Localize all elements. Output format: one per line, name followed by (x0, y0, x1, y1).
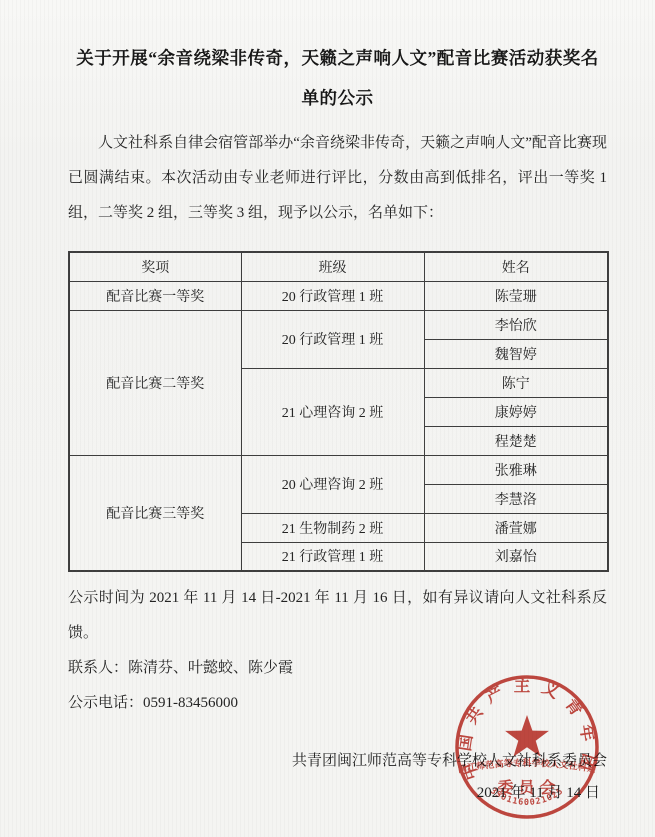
name-cell: 程楚楚 (424, 426, 608, 455)
table-header-row: 奖项班级姓名 (69, 252, 608, 281)
class-cell: 20 行政管理 1 班 (241, 281, 424, 310)
name-cell: 陈莹珊 (424, 281, 608, 310)
name-cell: 潘萱娜 (424, 513, 608, 542)
name-cell: 张雅琳 (424, 455, 608, 484)
class-cell: 20 行政管理 1 班 (241, 310, 424, 368)
class-cell: 21 心理咨询 2 班 (241, 368, 424, 455)
table-row: 配音比赛一等奖20 行政管理 1 班陈莹珊 (69, 281, 608, 310)
name-cell: 魏智婷 (424, 339, 608, 368)
page-title: 关于开展“余音绕梁非传奇，天籁之声响人文”配音比赛活动获奖名单的公示 (68, 38, 607, 118)
table-row: 配音比赛二等奖20 行政管理 1 班李怡欣 (69, 310, 608, 339)
name-cell: 李慧洛 (424, 484, 608, 513)
column-header: 奖项 (69, 252, 241, 281)
column-header: 班级 (241, 252, 424, 281)
award-cell: 配音比赛三等奖 (69, 455, 241, 571)
awards-table: 奖项班级姓名 配音比赛一等奖20 行政管理 1 班陈莹珊配音比赛二等奖20 行政… (68, 251, 609, 572)
name-cell: 李怡欣 (424, 310, 608, 339)
class-cell: 20 心理咨询 2 班 (241, 455, 424, 513)
name-cell: 陈宁 (424, 368, 608, 397)
name-cell: 刘嘉怡 (424, 542, 608, 571)
class-cell: 21 行政管理 1 班 (241, 542, 424, 571)
intro-paragraph: 人文社科系自律会宿管部举办“余音绕梁非传奇，天籁之声响人文”配音比赛现已圆满结束… (68, 126, 607, 231)
date-line: 2021 年 11 月 14 日 (68, 777, 607, 809)
name-cell: 康婷婷 (424, 397, 608, 426)
table-row: 配音比赛三等奖20 心理咨询 2 班张雅琳 (69, 455, 608, 484)
award-cell: 配音比赛一等奖 (69, 281, 241, 310)
award-cell: 配音比赛二等奖 (69, 310, 241, 455)
table-body: 配音比赛一等奖20 行政管理 1 班陈莹珊配音比赛二等奖20 行政管理 1 班李… (69, 281, 608, 571)
contacts-line: 联系人：陈清芬、叶懿蛟、陈少霞 (68, 651, 607, 686)
phone-line: 公示电话：0591-83456000 (68, 686, 607, 721)
class-cell: 21 生物制药 2 班 (241, 513, 424, 542)
signature-line: 共青团闽江师范高等专科学校人文社科系委员会 (68, 745, 607, 777)
column-header: 姓名 (424, 252, 608, 281)
notice-paragraph: 公示时间为 2021 年 11 月 14 日-2021 年 11 月 16 日，… (68, 581, 607, 651)
announcement-page: 关于开展“余音绕梁非传奇，天籁之声响人文”配音比赛活动获奖名单的公示 人文社科系… (0, 0, 655, 837)
